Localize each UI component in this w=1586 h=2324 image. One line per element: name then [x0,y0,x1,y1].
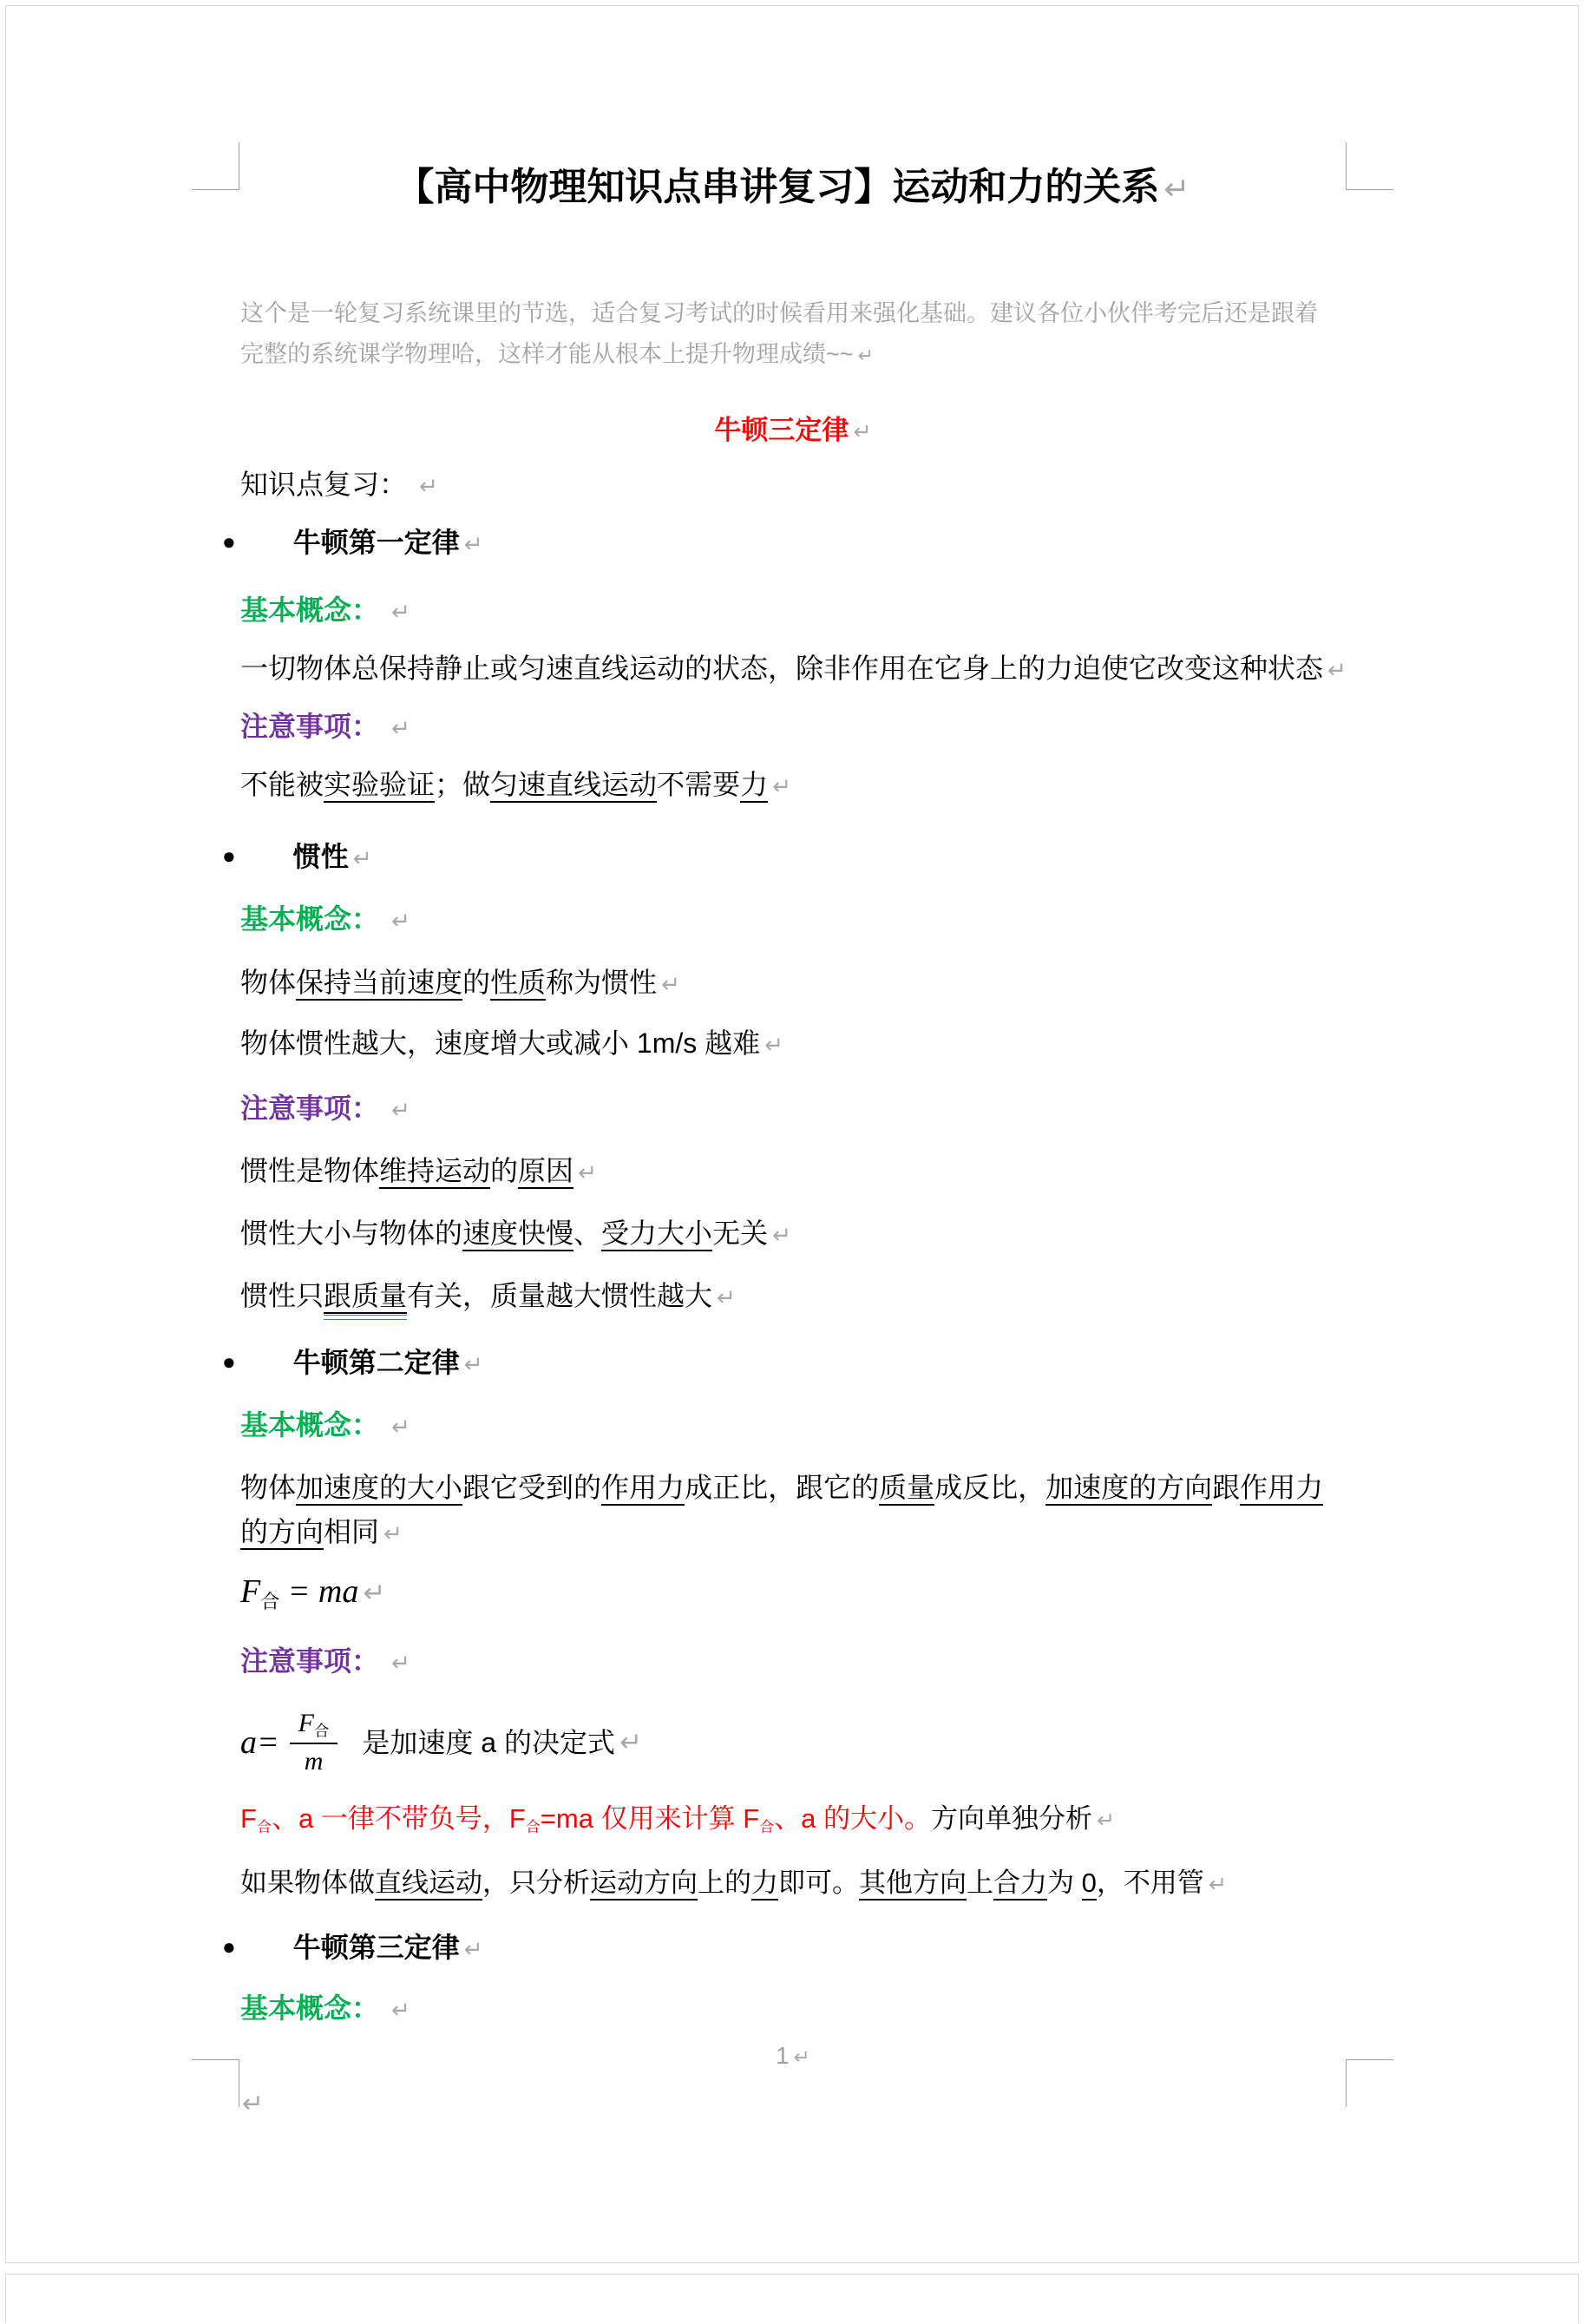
notes-label: 注意事项：↵ [240,1089,410,1129]
red-text: 、a 的大小。 [774,1803,931,1834]
underlined-text: 原因 [518,1155,573,1189]
page-number: 1↵ [0,2037,1586,2076]
intro-line-1: 这个是一轮复习系统课里的节选，适合复习考试的时候看用来强化基础。建议各位小伙伴考… [240,300,1318,326]
body-text: 上 [967,1868,993,1898]
black-text: 方向单独分析 [931,1803,1092,1834]
concept-label: 基本概念：↵ [240,591,410,631]
notes-label-text: 注意事项： [240,1645,379,1677]
bullet-item-inertia: ●惯性↵ [222,837,372,877]
underlined-text: 速度快慢 [462,1218,573,1251]
inertia-note-1: 惯性是物体维持运动的原因↵ [240,1152,597,1192]
body-text: 不需要 [657,769,740,800]
concept-label: 基本概念：↵ [240,900,410,940]
bullet-item-second-law: ●牛顿第二定律↵ [222,1343,483,1383]
body-text: 、 [573,1218,601,1249]
underlined-text: 其他方向 [859,1868,967,1901]
pilcrow-icon: ↵ [464,1351,483,1377]
pilcrow-icon: ↵ [578,1159,597,1185]
body-text: 有关，质量越大惯性越大 [407,1280,712,1311]
pilcrow-icon: ↵ [717,1284,736,1310]
pilcrow-icon: ↵ [419,473,438,499]
body-text: 惯性只 [240,1280,324,1311]
underlined-text: 作用力 [601,1472,685,1506]
concept-label: 基本概念：↵ [240,1989,410,2029]
notes-label-text: 注意事项： [240,711,379,742]
body-text: 成反比， [934,1472,1045,1503]
body-text: 即可。 [778,1868,859,1898]
bullet-label: 惯性 [293,841,349,872]
math-a: a [240,1723,257,1762]
bullet-label: 牛顿第一定律 [293,527,460,558]
page-number-text: 1 [776,2042,790,2069]
underlined-text: 加速度的大小 [296,1472,462,1506]
concept-label: 基本概念：↵ [240,1406,410,1446]
red-subscript: 合 [257,1819,272,1835]
red-text: 、a 一律不带负号，F [272,1803,526,1834]
second-law-note-2: 如果物体做直线运动，只分析运动方向上的力即可。其他方向上合力为 0，不用管↵ [240,1864,1227,1904]
body-text: 一切物体总保持静止或匀速直线运动的状态，除非作用在它身上的力迫使它改变这种状态 [240,653,1323,684]
fraction-denominator: m [305,1744,324,1777]
pilcrow-icon: ↵ [1327,657,1347,683]
concept-label-text: 基本概念： [240,1409,379,1441]
pilcrow-icon: ↵ [363,1578,385,1608]
section-heading-text: 牛顿三定律 [714,415,849,445]
math-F: F [298,1709,314,1737]
body-text: 成正比，跟它的 [685,1472,879,1503]
pilcrow-icon: ↵ [391,1414,410,1440]
pilcrow-icon: ↵ [853,420,871,444]
pilcrow-icon: ↵ [858,345,875,366]
red-subscript: 合 [526,1819,541,1835]
formula-caption: 是加速度 a 的决定式 [362,1723,615,1762]
math-equals: = [257,1723,279,1762]
intro-line-2: 完整的系统课学物理哈，这样才能从根本上提升物理成绩~~ [240,341,854,367]
red-text: =ma 仅用来计算 F [541,1803,759,1834]
pilcrow-icon: ↵ [464,1936,483,1962]
math-subscript: 合 [260,1591,279,1612]
bullet-icon: ● [222,1933,236,1960]
body-text: ，只分析 [482,1868,590,1898]
body-text: 的 [462,967,490,998]
underlined-text: 作用力 [1240,1472,1323,1506]
review-label: 知识点复习：↵ [240,465,438,505]
notes-label: 注意事项：↵ [240,707,410,747]
math-ma: ma [318,1573,358,1610]
body-text: 无关 [712,1218,768,1249]
fraction-numerator: F合 [290,1709,338,1744]
underlined-text-spellcheck: 跟质量 [324,1280,407,1314]
underlined-text: 力 [751,1868,778,1901]
inertia-concept-2: 物体惯性越大，速度增大或减小 1m/s 越难↵ [240,1024,783,1064]
concept-label-text: 基本概念： [240,903,379,935]
pilcrow-icon: ↵ [764,1032,783,1058]
underlined-text: 运动方向 [590,1868,698,1901]
body-text: 惯性是物体 [240,1155,379,1186]
body-text: ；做 [435,769,490,800]
body-text: 如果物体做 [240,1868,375,1898]
second-law-concept: 物体加速度的大小跟它受到的作用力成正比，跟它的质量成反比，加速度的方向跟作用力的… [240,1466,1323,1556]
pilcrow-icon: ↵ [391,908,410,934]
underlined-text: 维持运动 [379,1155,490,1189]
concept-label-text: 基本概念： [240,1992,379,2024]
body-text: 跟 [1212,1472,1240,1503]
red-text: F [240,1803,257,1834]
notes-label: 注意事项：↵ [240,1642,410,1682]
title-text: 【高中物理知识点串讲复习】运动和力的关系 [396,166,1159,208]
pilcrow-icon: ↵ [464,531,483,557]
pilcrow-icon: ↵ [391,1997,410,2023]
pilcrow-icon: ↵ [242,2090,264,2118]
body-text: 相同 [324,1516,379,1547]
underlined-text: 直线运动 [375,1868,482,1901]
underlined-text: 质量 [879,1472,934,1506]
inertia-concept-1: 物体保持当前速度的性质称为惯性↵ [240,963,680,1003]
pilcrow-icon: ↵ [391,1650,410,1676]
bullet-icon: ● [222,843,236,869]
math-subscript: 合 [314,1723,329,1740]
notes-label-text: 注意事项： [240,1093,379,1124]
red-subscript: 合 [759,1819,774,1835]
bullet-item-third-law: ●牛顿第三定律↵ [222,1927,483,1968]
pilcrow-icon: ↵ [391,599,410,625]
bullet-label: 牛顿第二定律 [293,1347,460,1378]
pilcrow-icon: ↵ [383,1520,403,1546]
body-text: 物体 [240,1472,296,1503]
inertia-note-3: 惯性只跟质量有关，质量越大惯性越大↵ [240,1277,736,1316]
first-law-notes: 不能被实验验证；做匀速直线运动不需要力↵ [240,765,791,805]
stray-paragraph-mark: ↵ [242,2085,264,2124]
body-text: 上的 [698,1868,751,1898]
formula-acceleration: a = F合m是加速度 a 的决定式↵ [240,1694,642,1791]
next-page-edge [5,2274,1579,2323]
pilcrow-icon: ↵ [391,715,410,741]
body-text: 物体惯性越大，速度增大或减小 1m/s 越难 [240,1027,760,1059]
intro-paragraph: 这个是一轮复习系统课里的节选，适合复习考试的时候看用来强化基础。建议各位小伙伴考… [240,293,1360,376]
pilcrow-icon: ↵ [1163,171,1189,207]
body-text: ，不用管 [1097,1868,1204,1898]
body-text: 惯性大小与物体的 [240,1218,462,1249]
section-heading: 牛顿三定律↵ [0,411,1586,451]
document-page: { "pilcrow": "↵", "bullet": "●", "title"… [0,0,1586,2324]
pilcrow-icon: ↵ [661,971,680,997]
document-title: 【高中物理知识点串讲复习】运动和力的关系↵ [0,161,1586,215]
inertia-note-2: 惯性大小与物体的速度快慢、受力大小无关↵ [240,1214,791,1254]
pilcrow-icon: ↵ [772,773,791,799]
bullet-label: 牛顿第三定律 [293,1932,460,1963]
red-warning: F合、a 一律不带负号，F合=ma 仅用来计算 F合、a 的大小。方向单独分析↵ [240,1800,1115,1847]
pilcrow-icon: ↵ [353,845,372,871]
pilcrow-icon: ↵ [1097,1809,1115,1833]
pilcrow-icon: ↵ [391,1097,410,1123]
underlined-text: 性质 [490,967,546,1001]
body-text: 跟它受到的 [462,1472,601,1503]
bullet-icon: ● [222,528,236,555]
pilcrow-icon: ↵ [619,1723,642,1762]
body-text: 不能被 [240,769,324,800]
underlined-text: 受力大小 [601,1218,712,1251]
underlined-text: 保持当前速度 [296,967,462,1001]
body-text: 称为惯性 [546,967,657,998]
underlined-text: 实验验证 [324,769,435,803]
bullet-item-first-law: ●牛顿第一定律↵ [222,522,483,563]
underlined-text: 加速度的方向 [1045,1472,1212,1506]
pilcrow-icon: ↵ [772,1222,791,1248]
pilcrow-icon: ↵ [794,2045,810,2068]
bullet-icon: ● [222,1349,236,1375]
underlined-text: 的方向 [240,1516,324,1550]
underlined-text: 匀速直线运动 [490,769,657,803]
body-text: 为 [1047,1868,1082,1898]
underlined-text: 合力 [993,1868,1047,1901]
review-label-text: 知识点复习： [240,469,407,500]
body-text: 物体 [240,967,296,998]
math-equals: = [279,1573,318,1610]
concept-label-text: 基本概念： [240,594,379,626]
underlined-text: 力 [740,769,768,803]
fraction: F合m [290,1709,338,1776]
underlined-text: 0 [1082,1868,1097,1901]
first-law-concept: 一切物体总保持静止或匀速直线运动的状态，除非作用在它身上的力迫使它改变这种状态↵ [240,649,1347,689]
math-F: F [240,1573,260,1610]
body-text: 的 [490,1155,518,1186]
pilcrow-icon: ↵ [1209,1873,1227,1897]
formula-net-force: F合 = ma↵ [240,1572,385,1621]
